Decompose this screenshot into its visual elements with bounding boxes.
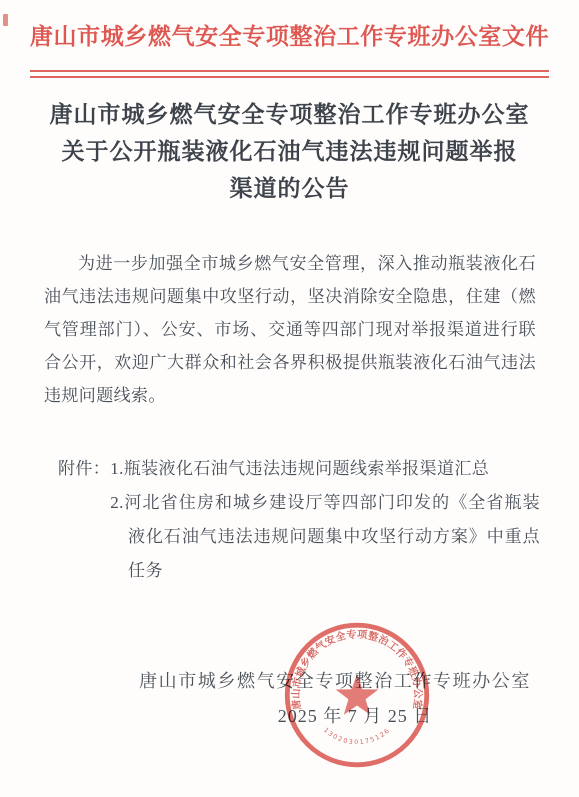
document-title: 唐山市城乡燃气安全专项整治工作专班办公室 关于公开瓶装液化石油气违法违规问题举报… xyxy=(20,96,559,207)
document-header-banner: 唐山市城乡燃气安全专项整治工作专班办公室文件 xyxy=(0,18,579,51)
header-divider xyxy=(30,70,549,78)
title-line-1: 唐山市城乡燃气安全专项整治工作专班办公室 xyxy=(20,96,559,133)
attachments-list: 1.瓶装液化石油气违法违规问题线索举报渠道汇总 2.河北省住房和城乡建设厅等四部… xyxy=(110,452,540,588)
title-line-3: 渠道的公告 xyxy=(20,170,559,207)
document-page: 唐山市城乡燃气安全专项整治工作专班办公室文件 唐山市城乡燃气安全专项整治工作专班… xyxy=(0,0,579,797)
body-paragraph: 为进一步加强全市城乡燃气安全管理，深入推动瓶装液化石油气违法违规问题集中攻坚行动… xyxy=(44,247,536,412)
attachment-item-1: 1.瓶装液化石油气违法违规问题线索举报渠道汇总 xyxy=(110,452,540,486)
title-line-2: 关于公开瓶装液化石油气违法违规问题举报 xyxy=(20,133,559,170)
seal-star-icon xyxy=(336,674,379,715)
attachments-block: 附件： 1.瓶装液化石油气违法违规问题线索举报渠道汇总 2.河北省住房和城乡建设… xyxy=(58,452,540,588)
attachments-label: 附件： xyxy=(58,452,110,486)
official-seal: 唐山市城乡燃气安全专项整治工作专班办公室 1302030175126 xyxy=(282,620,432,770)
attachment-item-2: 2.河北省住房和城乡建设厅等四部门印发的《全省瓶装液化石油气违法违规问题集中攻坚… xyxy=(110,486,540,588)
seal-serial-number: 1302030175126 xyxy=(322,726,392,746)
